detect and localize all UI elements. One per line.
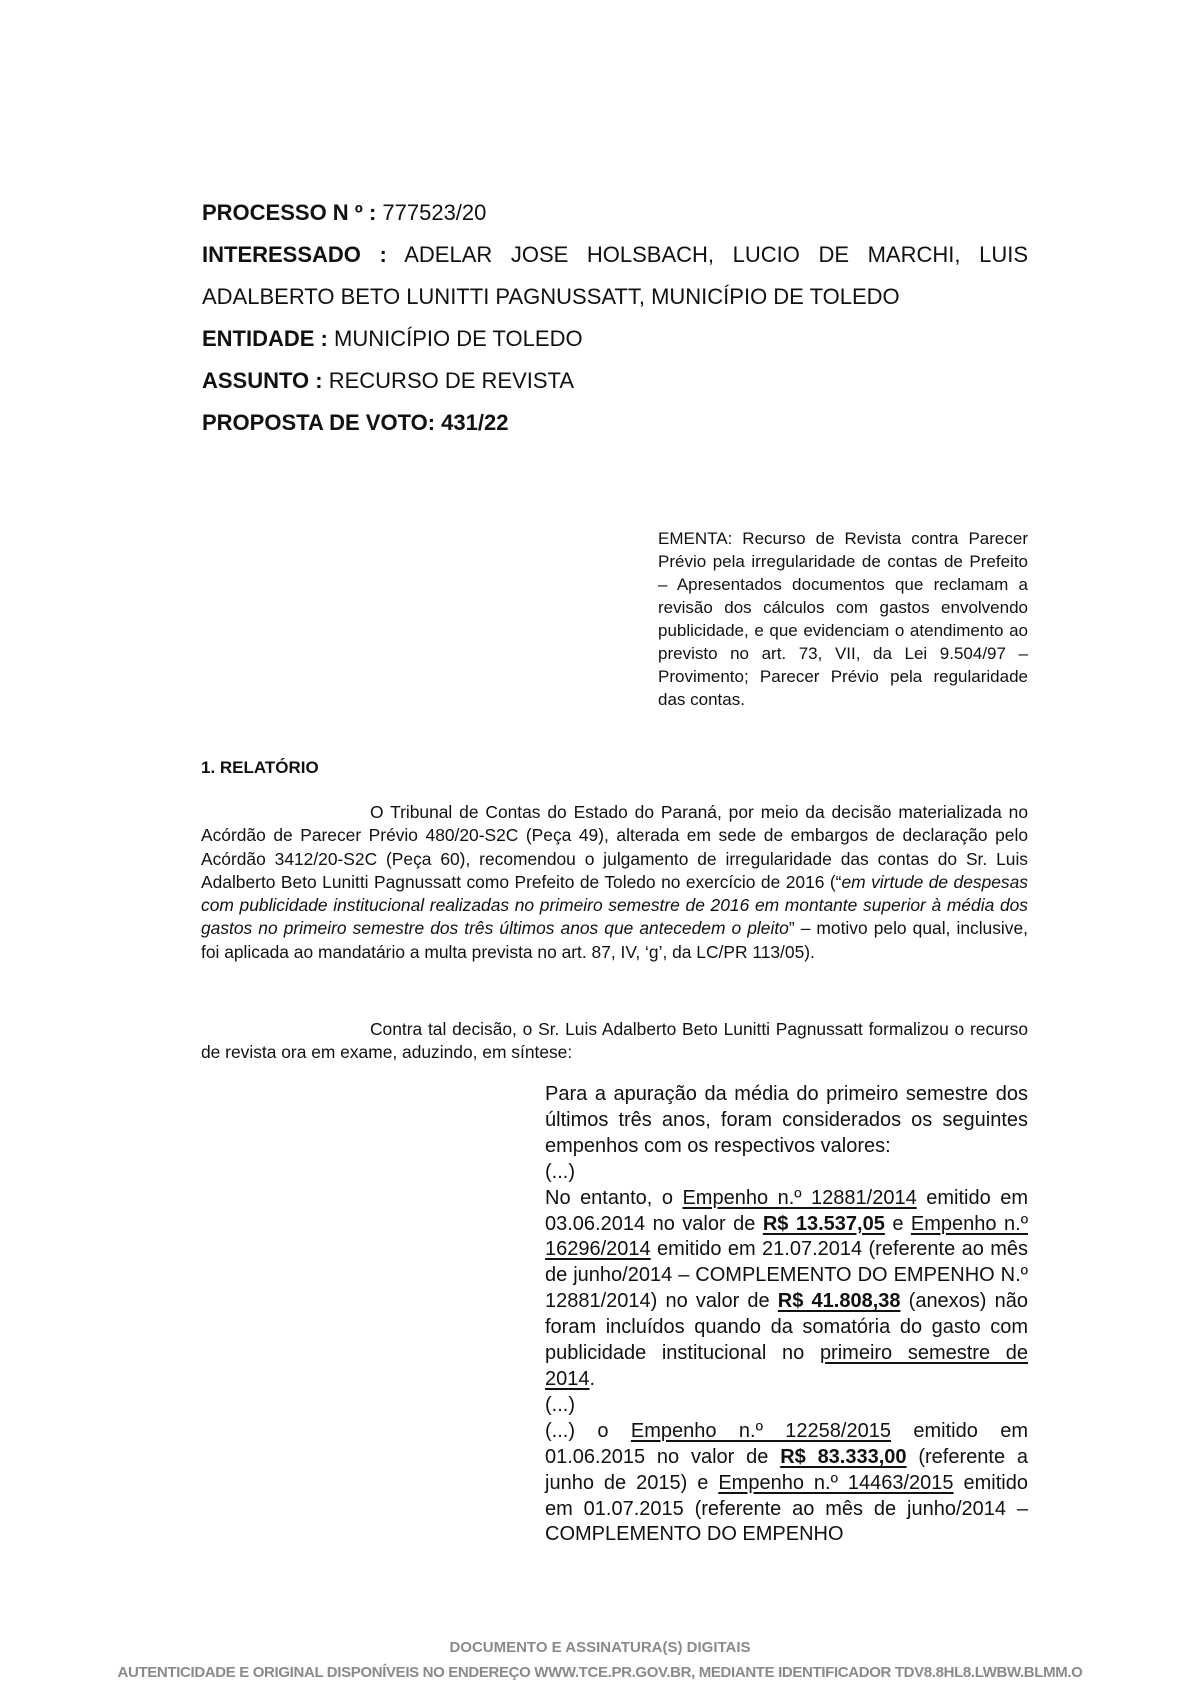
paragraph: Contra tal decisão, o Sr. Luis Adalberto… — [201, 1018, 1028, 1065]
processo-value: 777523/20 — [376, 200, 486, 225]
emphasized-text: R$ 13.537,05 — [763, 1213, 885, 1235]
text-run: (...) o — [545, 1420, 631, 1442]
quote-paragraph: No entanto, o Empenho n.º 12881/2014 emi… — [545, 1186, 1028, 1393]
process-header: PROCESSO N º : 777523/20 INTERESSADO : A… — [202, 192, 1028, 444]
text-run: (...) — [545, 1161, 575, 1183]
emphasized-text: R$ 83.333,00 — [780, 1446, 906, 1468]
emphasized-text: R$ 41.808,38 — [778, 1290, 901, 1312]
assunto-value: RECURSO DE REVISTA — [323, 368, 574, 393]
text-run: (...) — [545, 1394, 575, 1416]
assunto-label: ASSUNTO : — [202, 368, 323, 393]
entidade-label: ENTIDADE : — [202, 326, 328, 351]
text-run: . — [590, 1368, 596, 1390]
paragraph: O Tribunal de Contas do Estado do Paraná… — [201, 801, 1028, 964]
quote-ellipsis: (...) — [545, 1393, 1028, 1419]
text-run: Contra tal decisão, o Sr. Luis Adalberto… — [201, 1019, 1028, 1062]
interessado-value-line2: ADALBERTO BETO LUNITTI PAGNUSSATT, MUNIC… — [202, 284, 900, 309]
processo-line: PROCESSO N º : 777523/20 — [202, 192, 1028, 234]
digital-signature-footer: DOCUMENTO E ASSINATURA(S) DIGITAIS AUTEN… — [0, 1635, 1200, 1685]
text-run: e — [885, 1213, 911, 1235]
interessado-line: INTERESSADO : ADELAR JOSE HOLSBACH, LUCI… — [202, 234, 1028, 276]
proposta-line: PROPOSTA DE VOTO: 431/22 — [202, 402, 1028, 444]
emphasized-text: Empenho n.º 12258/2015 — [631, 1420, 891, 1442]
interessado-line2: ADALBERTO BETO LUNITTI PAGNUSSATT, MUNIC… — [202, 276, 1028, 318]
section-title-relatorio: 1. RELATÓRIO — [201, 756, 319, 779]
emphasized-text: Empenho n.º 12881/2014 — [682, 1187, 916, 1209]
emphasized-text: Empenho n.º 14463/2015 — [718, 1472, 953, 1494]
text-run: No entanto, o — [545, 1187, 682, 1209]
quote-ellipsis: (...) — [545, 1160, 1028, 1186]
text-run: Para a apuração da média do primeiro sem… — [545, 1083, 1028, 1157]
document-page: PROCESSO N º : 777523/20 INTERESSADO : A… — [0, 0, 1200, 1697]
quote-paragraph: (...) o Empenho n.º 12258/2015 emitido e… — [545, 1419, 1028, 1549]
entidade-value: MUNICÍPIO DE TOLEDO — [328, 326, 583, 351]
proposta-label: PROPOSTA DE VOTO: 431/22 — [202, 410, 508, 435]
processo-label: PROCESSO N º : — [202, 200, 376, 225]
ementa-block: EMENTA: Recurso de Revista contra Parece… — [658, 527, 1028, 711]
footer-line1: DOCUMENTO E ASSINATURA(S) DIGITAIS — [0, 1635, 1200, 1660]
quote-block: Para a apuração da média do primeiro sem… — [545, 1082, 1028, 1548]
footer-line2: AUTENTICIDADE E ORIGINAL DISPONÍVEIS NO … — [0, 1660, 1200, 1685]
interessado-value-line1: ADELAR JOSE HOLSBACH, LUCIO DE MARCHI, L… — [404, 242, 1028, 267]
interessado-label: INTERESSADO : — [202, 242, 387, 267]
assunto-line: ASSUNTO : RECURSO DE REVISTA — [202, 360, 1028, 402]
quote-paragraph: Para a apuração da média do primeiro sem… — [545, 1082, 1028, 1160]
entidade-line: ENTIDADE : MUNICÍPIO DE TOLEDO — [202, 318, 1028, 360]
